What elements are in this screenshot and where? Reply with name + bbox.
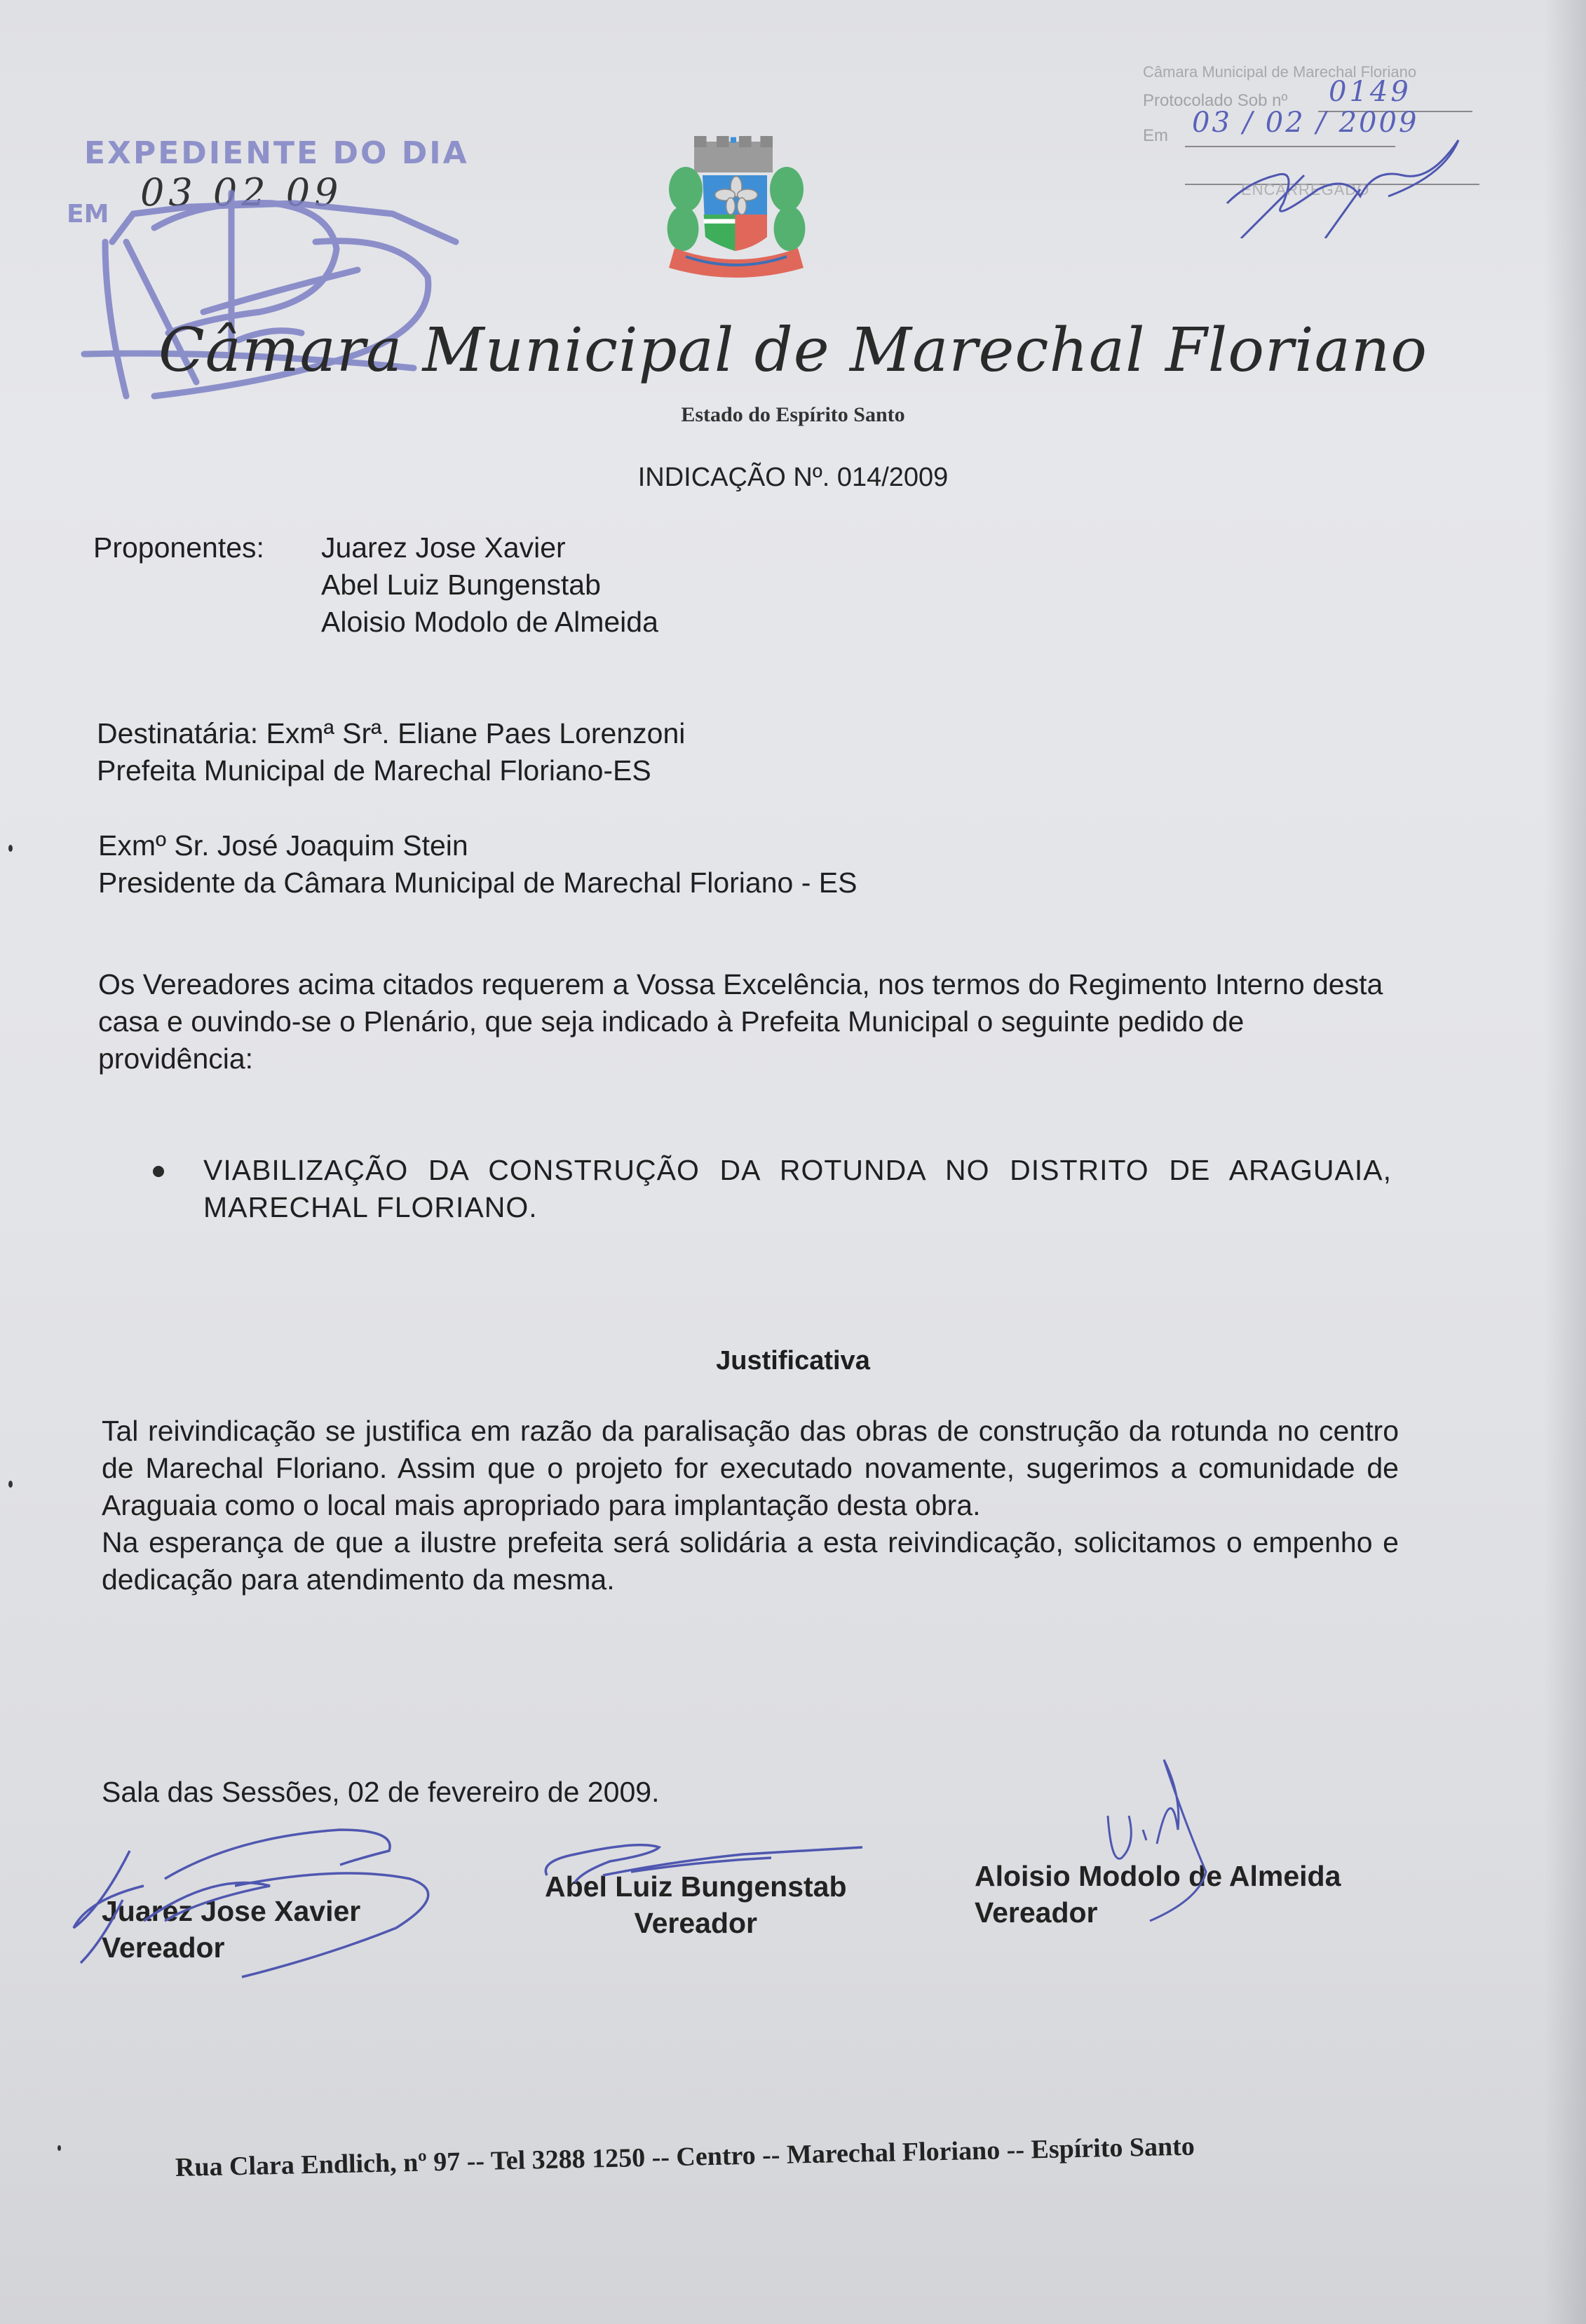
request-list: VIABILIZAÇÃO DA CONSTRUÇÃO DA ROTUNDA NO… [158,1152,1392,1226]
institution-title: Câmara Municipal de Marechal Floriano [0,315,1586,386]
proponentes-section: Proponentes: Juarez Jose Xavier Abel Lui… [93,529,321,566]
document-page: EXPEDIENTE DO DIA EM 03 02 09 Câmara Mun… [0,0,1586,2324]
destinataria-section: Destinatária: Exmª Srª. Eliane Paes Lore… [97,715,685,789]
justification-paragraph: Tal reivindicação se justifica em razão … [102,1413,1399,1524]
protocol-number: 0149 [1329,76,1411,108]
justification-title: Justificativa [0,1346,1586,1376]
proponente-name: Abel Luiz Bungenstab [321,566,658,604]
institution-subtitle: Estado do Espírito Santo [0,403,1586,427]
footer-address: Rua Clara Endlich, nº 97 -- Tel 3288 125… [175,2131,1195,2183]
signature-abel-icon [533,1833,883,1896]
protocol-signature-icon [1178,119,1472,238]
protocol-em-label: Em [1143,126,1168,146]
intro-paragraph: Os Vereadores acima citados requerem a V… [98,966,1395,1078]
signature-juarez-icon [60,1823,508,1984]
paper-speck [57,2145,61,2151]
justification-paragraph: Na esperança de que a ilustre prefeita s… [102,1524,1399,1598]
closing-line: Sala das Sessões, 02 de fevereiro de 200… [102,1774,659,1811]
destinataria-line: Destinatária: Exmª Srª. Eliane Paes Lore… [97,715,685,752]
presidente-section: Exmº Sr. José Joaquim Stein Presidente d… [98,827,857,902]
signer-role: Vereador [545,1905,847,1941]
proponente-name: Juarez Jose Xavier [321,529,658,566]
protocol-stamp: Câmara Municipal de Marechal Floriano Pr… [1136,56,1500,196]
destinataria-role: Prefeita Municipal de Marechal Floriano-… [97,752,685,789]
presidente-name: Exmº Sr. José Joaquim Stein [98,827,857,864]
proponentes-label: Proponentes: [93,529,321,566]
bullet-icon [153,1166,164,1177]
coat-of-arms-icon [652,119,820,287]
paper-speck [8,845,13,852]
justification-body: Tal reivindicação se justifica em razão … [102,1413,1399,1598]
presidente-role: Presidente da Câmara Municipal de Marech… [98,864,857,902]
proponente-name: Aloisio Modolo de Almeida [321,604,658,641]
stamp-title: EXPEDIENTE DO DIA [84,135,469,171]
signature-aloisio-icon [1094,1739,1234,1949]
document-number: INDICAÇÃO Nº. 014/2009 [0,463,1586,493]
paper-speck [8,1481,13,1488]
request-item: VIABILIZAÇÃO DA CONSTRUÇÃO DA ROTUNDA NO… [203,1152,1392,1226]
